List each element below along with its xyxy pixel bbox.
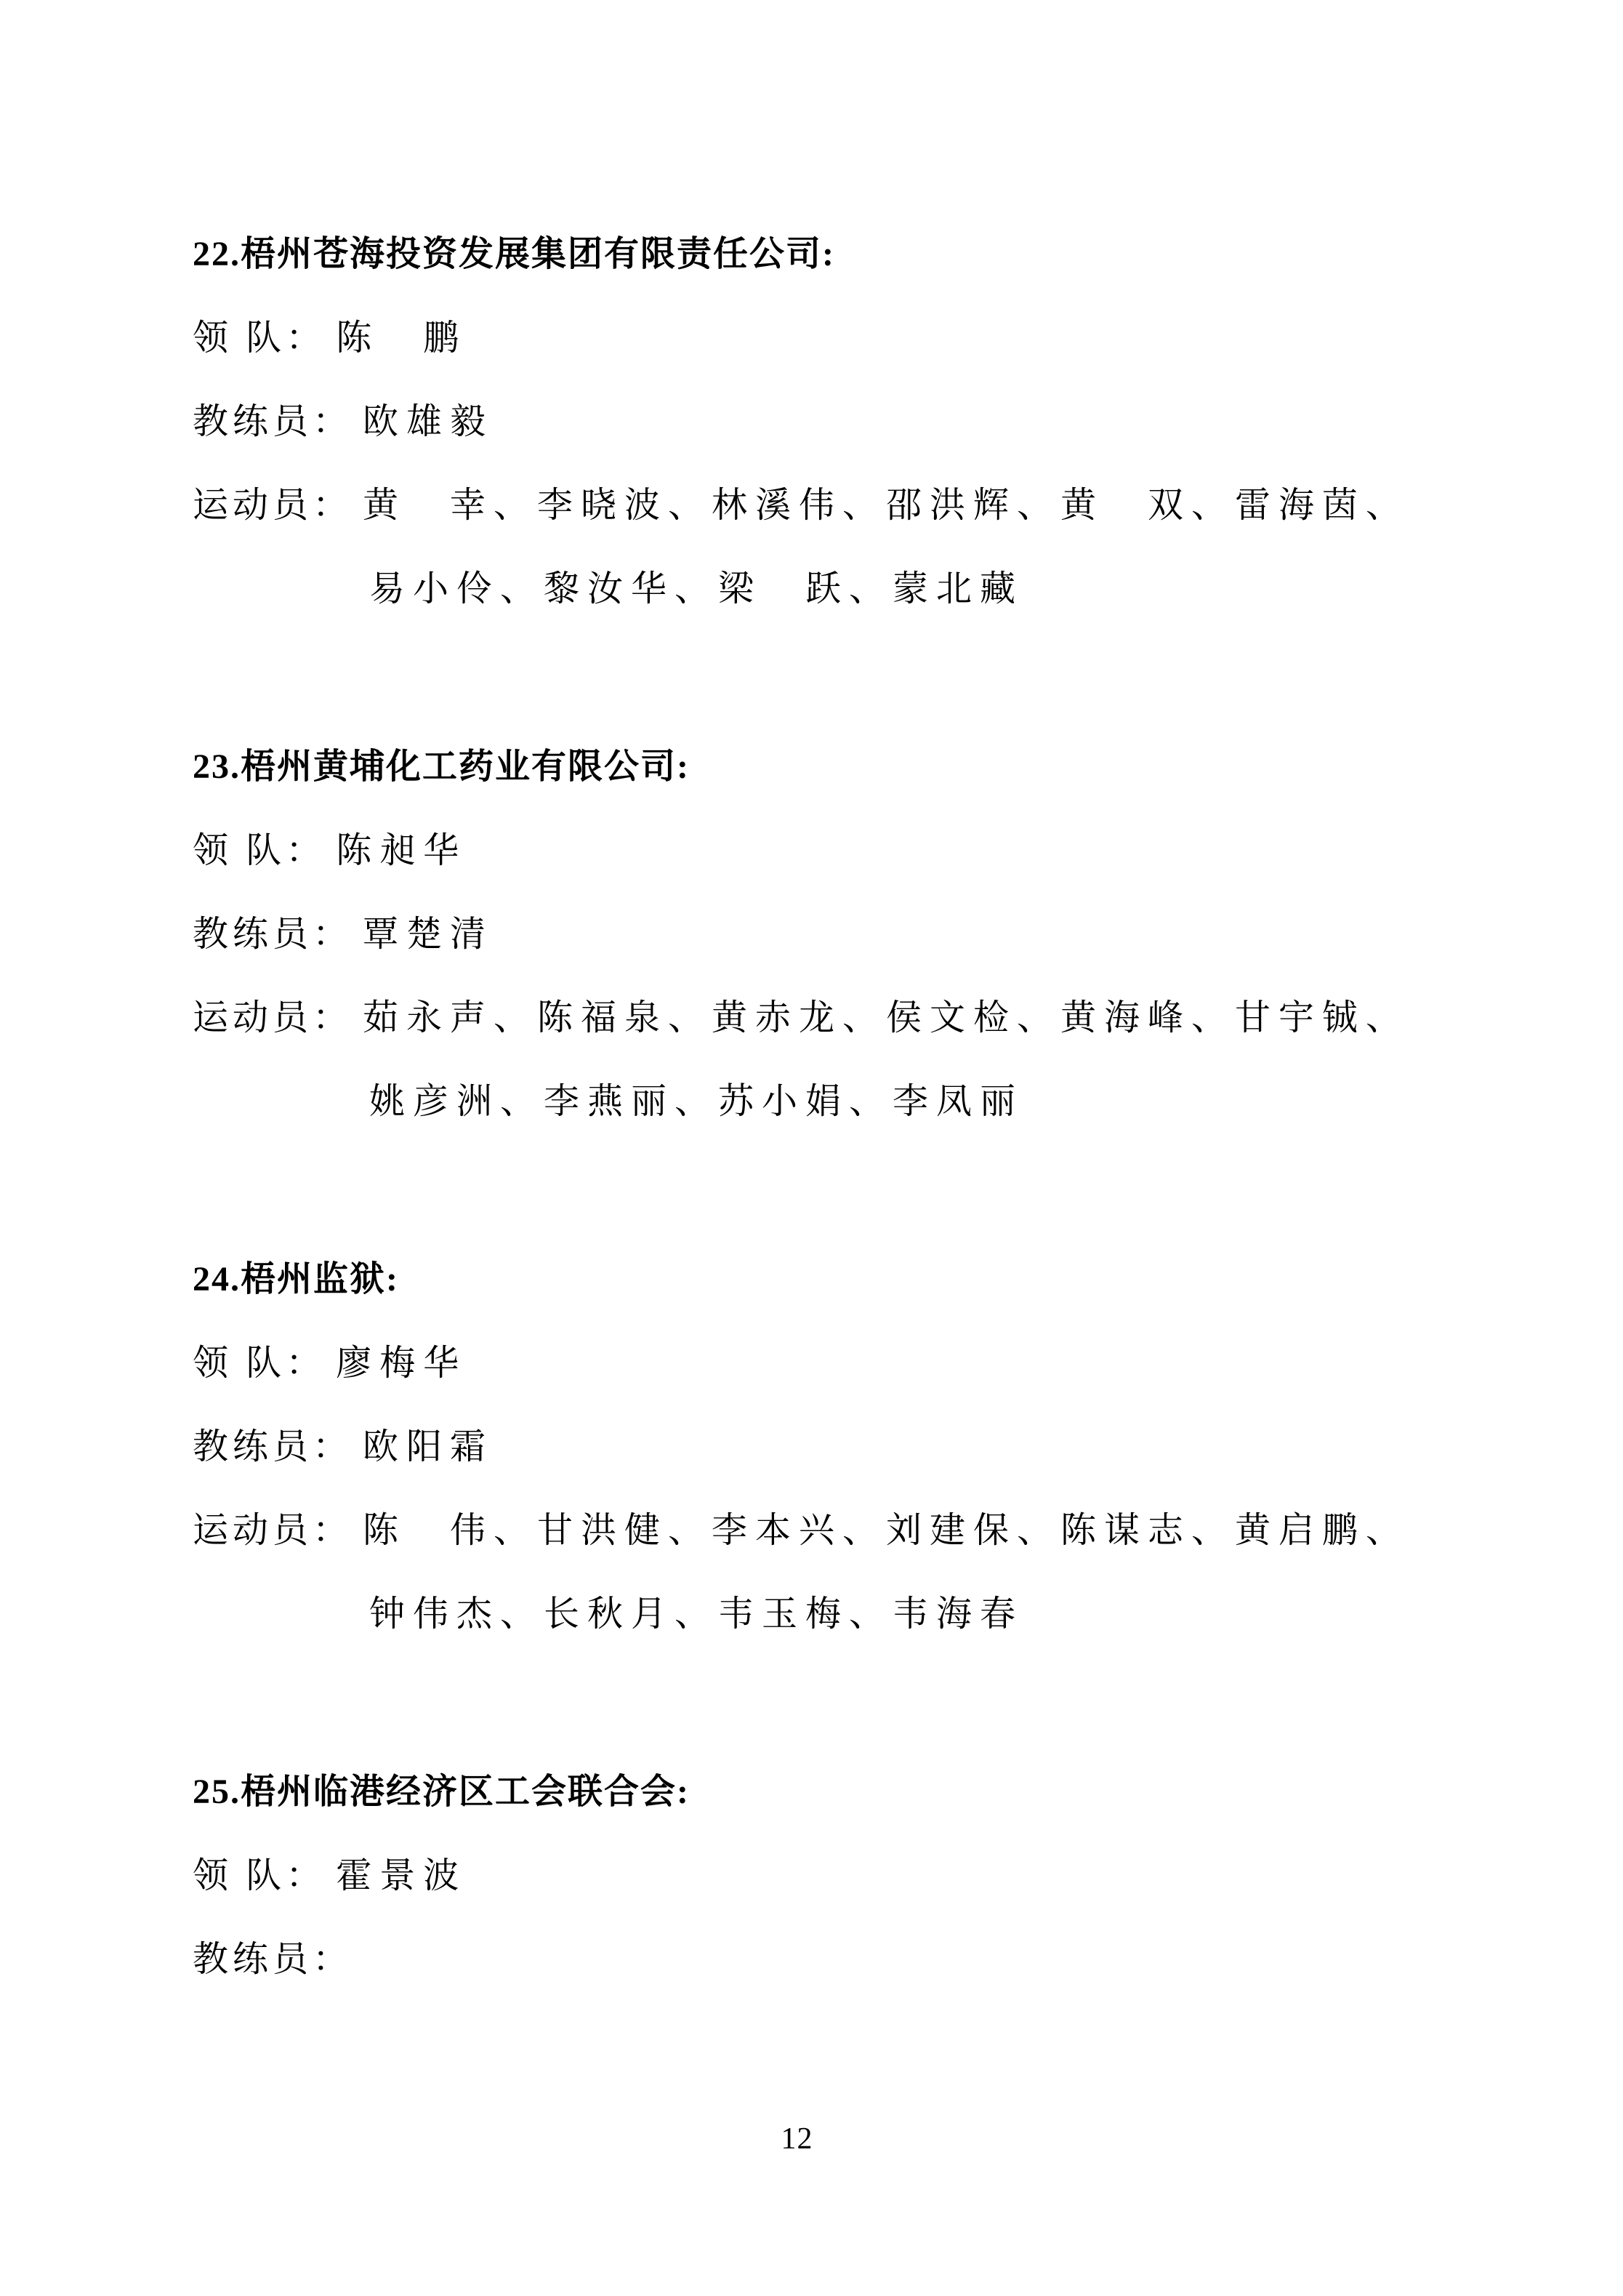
athletes-names-line2: 易小伶、黎汝华、梁 跃、蒙北藏 [369,569,1023,609]
team-22-coach-row: 教练员：欧雄毅 [193,380,1449,463]
athletes-names-line1: 茹永声、陈福泉、黄赤龙、侯文检、黄海峰、甘宇铖、 [363,998,1409,1037]
coach-label: 教练员： [193,1939,353,1979]
team-23-heading: 23.梧州黄埔化工药业有限公司: [193,725,1449,808]
coach-name: 覃楚清 [363,914,494,954]
leader-name: 廖梅华 [336,1343,467,1383]
leader-name: 陈 鹏 [336,318,467,358]
team-24-athletes-row: 运动员：陈 伟、甘洪健、李本兴、刘建保、陈谋志、黄启鹏、 [193,1488,1449,1572]
leader-label: 领 队： [193,830,326,870]
document-content: 22.梧州苍海投资发展集团有限责任公司: 领 队：陈 鹏 教练员：欧雄毅 运动员… [0,0,1623,2001]
team-25-coach-row: 教练员： [193,1917,1449,2001]
team-section-24: 24.梧州监狱: 领 队：廖梅华 教练员：欧阳霜 运动员：陈 伟、甘洪健、李本兴… [193,1237,1449,1655]
coach-name: 欧雄毅 [363,401,494,441]
athletes-names-line2: 姚彦洲、李燕丽、苏小娟、李凤丽 [369,1081,1023,1121]
team-section-22: 22.梧州苍海投资发展集团有限责任公司: 领 队：陈 鹏 教练员：欧雄毅 运动员… [193,212,1449,630]
team-24-leader-row: 领 队：廖梅华 [193,1321,1449,1405]
leader-label: 领 队： [193,1855,326,1895]
team-22-athletes-row: 运动员：黄 幸、李晓波、林溪伟、邵洪辉、黄 双、雷海茵、 [193,463,1449,547]
team-22-athletes-continuation: 易小伶、黎汝华、梁 跃、蒙北藏 [193,547,1449,630]
athletes-label: 运动员： [193,998,353,1037]
athletes-label: 运动员： [193,1510,353,1550]
athletes-label: 运动员： [193,485,353,525]
team-24-athletes-continuation: 钟伟杰、长秋月、韦玉梅、韦海春 [193,1572,1449,1655]
team-22-leader-row: 领 队：陈 鹏 [193,296,1449,380]
leader-label: 领 队： [193,1343,326,1383]
coach-label: 教练员： [193,401,353,441]
team-23-leader-row: 领 队：陈昶华 [193,808,1449,892]
team-22-heading: 22.梧州苍海投资发展集团有限责任公司: [193,212,1449,296]
team-section-25: 25.梧州临港经济区工会联合会: 领 队：霍景波 教练员： [193,1750,1449,2001]
athletes-names-line2: 钟伟杰、长秋月、韦玉梅、韦海春 [369,1594,1023,1634]
coach-label: 教练员： [193,914,353,954]
coach-label: 教练员： [193,1426,353,1466]
team-24-coach-row: 教练员：欧阳霜 [193,1405,1449,1488]
athletes-names-line1: 黄 幸、李晓波、林溪伟、邵洪辉、黄 双、雷海茵、 [363,485,1409,525]
team-section-23: 23.梧州黄埔化工药业有限公司: 领 队：陈昶华 教练员：覃楚清 运动员：茹永声… [193,725,1449,1143]
team-23-coach-row: 教练员：覃楚清 [193,892,1449,976]
athletes-names-line1: 陈 伟、甘洪健、李本兴、刘建保、陈谋志、黄启鹏、 [363,1510,1409,1550]
coach-name: 欧阳霜 [363,1426,494,1466]
leader-name: 霍景波 [336,1855,467,1895]
team-23-athletes-continuation: 姚彦洲、李燕丽、苏小娟、李凤丽 [193,1059,1449,1143]
team-25-heading: 25.梧州临港经济区工会联合会: [193,1750,1449,1834]
team-24-heading: 24.梧州监狱: [193,1237,1449,1321]
page-number: 12 [0,2122,1594,2156]
team-25-leader-row: 领 队：霍景波 [193,1834,1449,1917]
team-23-athletes-row: 运动员：茹永声、陈福泉、黄赤龙、侯文检、黄海峰、甘宇铖、 [193,976,1449,1059]
leader-label: 领 队： [193,318,326,358]
leader-name: 陈昶华 [336,830,467,870]
document-page: { "page": { "number": "12" }, "labels": … [0,0,1623,2296]
